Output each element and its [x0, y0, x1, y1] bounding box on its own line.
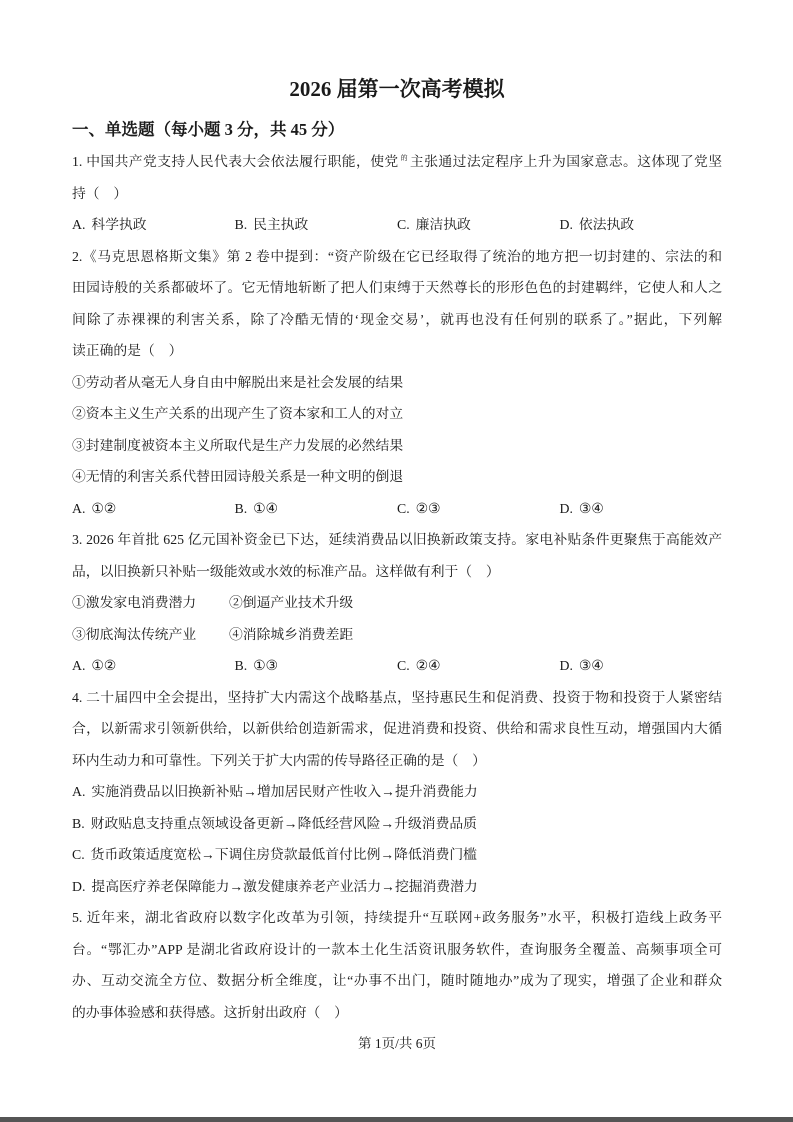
question-3-line-2: 品，以旧换新只补贴一级能效或水效的标准产品。这样做有利于（ ）: [72, 556, 722, 588]
q2-statement-3: ③封建制度被资本主义所取代是生产力发展的必然结果: [72, 430, 722, 462]
question-5: 5. 近年来，湖北省政府以数字化改革为引领，持续提升“互联网+政务服务”水平，积…: [72, 902, 722, 1028]
q2-choice-a-label: A.: [72, 501, 85, 516]
question-5-line-2: 台。“鄂汇办”APP 是湖北省政府设计的一款本土化生活资讯服务软件，查询服务全覆…: [72, 934, 722, 966]
q3-statement-1: ①激发家电消费潜力: [72, 587, 229, 619]
q3-choice-a-label: A.: [72, 658, 85, 673]
q3-choice-d-label: D.: [560, 658, 573, 673]
question-2-line-4: 读正确的是（ ）: [72, 335, 722, 367]
question-1: 1. 中国共产党支持人民代表大会依法履行职能，使党的主张通过法定程序上升为国家意…: [72, 146, 722, 241]
question-3-statements: ①激发家电消费潜力 ②倒逼产业技术升级 ③彻底淘汰传统产业 ④消除城乡消费差距: [72, 587, 722, 650]
q3-choice-a: A.①②: [72, 650, 235, 682]
question-3-line-1: 3. 2026 年首批 625 亿元国补资金已下达，延续消费品以旧换新政策支持。…: [72, 524, 722, 556]
exam-document-page: 2026 届第一次高考模拟 一、单选题（每小题 3 分，共 45 分） 1. 中…: [0, 0, 793, 1122]
q4-choice-b-label: B.: [72, 816, 85, 831]
q2-choice-b-text: ①④: [253, 501, 278, 516]
q3-choice-d: D.③④: [560, 650, 723, 682]
q1-choice-a: A.科学执政: [72, 209, 235, 241]
q3-choice-d-text: ③④: [579, 658, 604, 673]
q2-choice-a-text: ①②: [91, 501, 116, 516]
q3-statement-2: ②倒逼产业技术升级: [229, 587, 722, 619]
q3-choice-c-label: C.: [397, 658, 410, 673]
q4-choice-a-label: A.: [72, 784, 85, 799]
q3-choice-b-label: B.: [235, 658, 248, 673]
question-2-choices: A.①② B.①④ C.②③ D.③④: [72, 493, 722, 525]
q2-choice-a: A.①②: [72, 493, 235, 525]
q4-choice-b-text: 财政贴息支持重点领域设备更新→降低经营风险→升级消费品质: [91, 816, 477, 831]
q1-choice-d-text: 依法执政: [579, 217, 634, 232]
q3-statement-3: ③彻底淘汰传统产业: [72, 619, 229, 651]
q2-choice-b: B.①④: [235, 493, 398, 525]
section-heading: 一、单选题（每小题 3 分，共 45 分）: [72, 118, 722, 142]
q4-choice-b: B.财政贴息支持重点领域设备更新→降低经营风险→升级消费品质: [72, 808, 722, 840]
page-footer: 第 1页/共 6页: [72, 1028, 722, 1060]
q2-statement-1: ①劳动者从毫无人身自由中解脱出来是社会发展的结果: [72, 367, 722, 399]
question-4-line-1: 4. 二十届四中全会提出，坚持扩大内需这个战略基点，坚持惠民生和促消费、投资于物…: [72, 682, 722, 714]
q2-choice-c-text: ②③: [416, 501, 441, 516]
q1-choice-d: D.依法执政: [560, 209, 723, 241]
q3-choice-a-text: ①②: [91, 658, 116, 673]
q4-choice-c-label: C.: [72, 847, 85, 862]
q4-choice-d-label: D.: [72, 879, 85, 894]
q2-choice-d: D.③④: [560, 493, 723, 525]
q3-statement-4: ④消除城乡消费差距: [229, 619, 722, 651]
q1-text-pre: 1. 中国共产党支持人民代表大会依法履行职能，使党: [72, 154, 399, 169]
question-4-line-3: 环内生动力和可靠性。下列关于扩大内需的传导路径正确的是（ ）: [72, 745, 722, 777]
question-2: 2.《马克思恩格斯文集》第 2 卷中提到：“资产阶级在它已经取得了统治的地方把一…: [72, 241, 722, 525]
q1-choice-b-text: 民主执政: [253, 217, 308, 232]
q1-text-post: 主张通过法定程序上升为国家意志。这体现了党坚: [410, 154, 722, 169]
question-1-line-1: 1. 中国共产党支持人民代表大会依法履行职能，使党的主张通过法定程序上升为国家意…: [72, 146, 722, 178]
bottom-window-edge: [0, 1117, 793, 1122]
q1-choice-a-text: 科学执政: [91, 217, 146, 232]
q3-choice-b: B.①③: [235, 650, 398, 682]
q3-choice-c-text: ②④: [416, 658, 441, 673]
q4-choice-a-text: 实施消费品以旧换新补贴→增加居民财产性收入→提升消费能力: [91, 784, 477, 799]
question-5-line-4: 的办事体验感和获得感。这折射出政府（ ）: [72, 997, 722, 1029]
q3-choice-b-text: ①③: [253, 658, 278, 673]
q2-choice-c-label: C.: [397, 501, 410, 516]
q2-choice-b-label: B.: [235, 501, 248, 516]
q2-statement-4: ④无情的利害关系代替田园诗般关系是一种文明的倒退: [72, 461, 722, 493]
question-4-line-2: 合，以新需求引领新供给，以新供给创造新需求，促进消费和投资、供给和需求良性互动，…: [72, 713, 722, 745]
question-2-line-3: 间除了赤裸裸的利害关系，除了冷酷无情的‘现金交易’，就再也没有任何别的联系了。”…: [72, 304, 722, 336]
question-5-line-1: 5. 近年来，湖北省政府以数字化改革为引领，持续提升“互联网+政务服务”水平，积…: [72, 902, 722, 934]
q4-choice-a: A.实施消费品以旧换新补贴→增加居民财产性收入→提升消费能力: [72, 776, 722, 808]
q2-choice-d-label: D.: [560, 501, 573, 516]
q3-choice-c: C.②④: [397, 650, 560, 682]
q2-choice-c: C.②③: [397, 493, 560, 525]
question-1-line-2: 持（ ）: [72, 178, 722, 210]
q1-choice-c-text: 廉洁执政: [416, 217, 471, 232]
q2-statement-2: ②资本主义生产关系的出现产生了资本家和工人的对立: [72, 398, 722, 430]
q1-choice-c: C.廉洁执政: [397, 209, 560, 241]
q2-choice-d-text: ③④: [579, 501, 604, 516]
question-2-line-2: 田园诗般的关系都破坏了。它无情地斩断了把人们束缚于天然尊长的形形色色的封建羁绊，…: [72, 272, 722, 304]
question-2-line-1: 2.《马克思恩格斯文集》第 2 卷中提到：“资产阶级在它已经取得了统治的地方把一…: [72, 241, 722, 273]
q4-choice-c-text: 货币政策适度宽松→下调住房贷款最低首付比例→降低消费门槛: [91, 847, 477, 862]
q1-choice-b: B.民主执政: [235, 209, 398, 241]
q1-choice-d-label: D.: [560, 217, 573, 232]
q1-superscript-mark: 的: [401, 154, 408, 162]
question-4: 4. 二十届四中全会提出，坚持扩大内需这个战略基点，坚持惠民生和促消费、投资于物…: [72, 682, 722, 903]
question-3: 3. 2026 年首批 625 亿元国补资金已下达，延续消费品以旧换新政策支持。…: [72, 524, 722, 682]
q4-choice-d-text: 提高医疗养老保障能力→激发健康养老产业活力→挖掘消费潜力: [91, 879, 477, 894]
q1-choice-a-label: A.: [72, 217, 85, 232]
question-1-choices: A.科学执政 B.民主执政 C.廉洁执政 D.依法执政: [72, 209, 722, 241]
q1-choice-b-label: B.: [235, 217, 248, 232]
q1-choice-c-label: C.: [397, 217, 410, 232]
q4-choice-c: C.货币政策适度宽松→下调住房贷款最低首付比例→降低消费门槛: [72, 839, 722, 871]
page-title: 2026 届第一次高考模拟: [72, 74, 722, 104]
question-3-choices: A.①② B.①③ C.②④ D.③④: [72, 650, 722, 682]
q4-choice-d: D.提高医疗养老保障能力→激发健康养老产业活力→挖掘消费潜力: [72, 871, 722, 903]
question-5-line-3: 办、互动交流全方位、数据分析全维度，让“办事不出门，随时随地办”成为了现实，增强…: [72, 965, 722, 997]
